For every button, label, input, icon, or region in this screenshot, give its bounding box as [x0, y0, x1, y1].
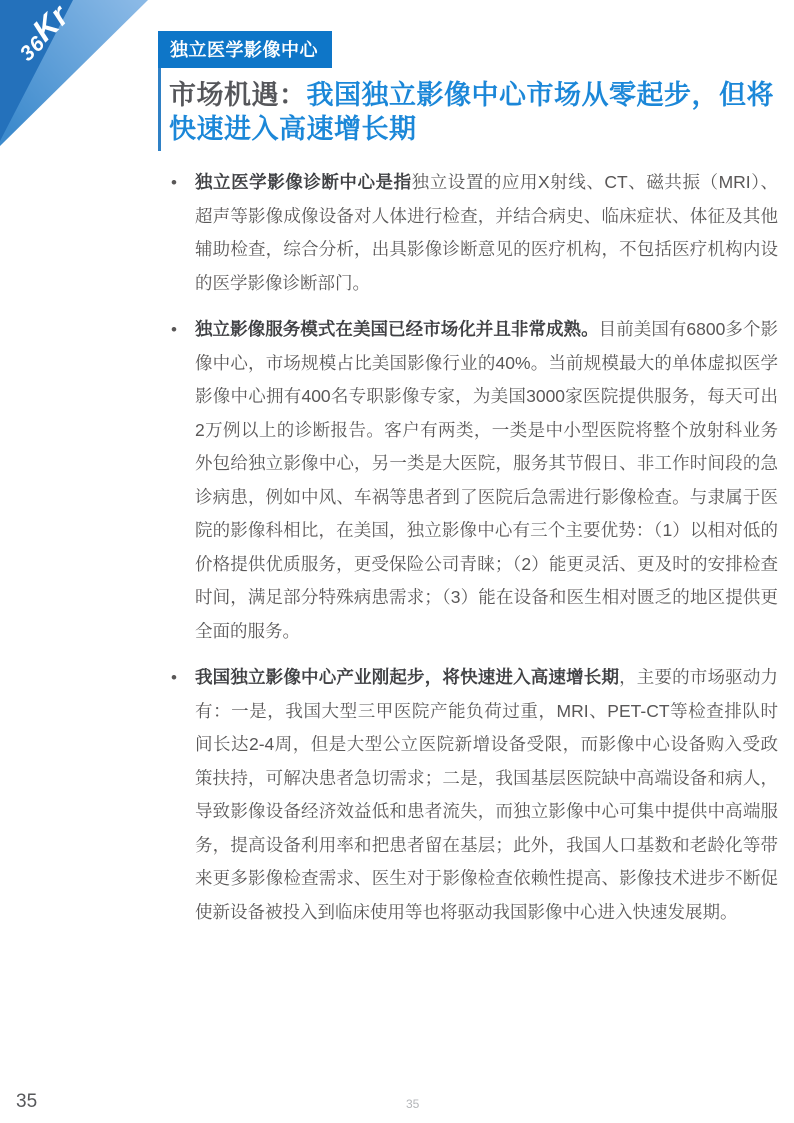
bullet-item-us-market: 独立影像服务模式在美国已经市场化并且非常成熟。目前美国有6800多个影像中心，市…	[158, 313, 778, 648]
bullet-bold-lead: 独立医学影像诊断中心是指	[195, 172, 412, 192]
bullet-item-definition: 独立医学影像诊断中心是指独立设置的应用X射线、CT、磁共振（MRI）、超声等影像…	[158, 166, 778, 300]
bullet-list: 独立医学影像诊断中心是指独立设置的应用X射线、CT、磁共振（MRI）、超声等影像…	[158, 166, 778, 929]
page-title-prefix: 市场机遇：	[169, 80, 307, 110]
page-title: 市场机遇：我国独立影像中心市场从零起步，但将快速进入高速增长期	[158, 68, 778, 151]
bullet-bold-lead: 我国独立影像中心产业刚起步，将快速进入高速增长期	[195, 667, 619, 687]
bullet-body-text: ，主要的市场驱动力有：一是，我国大型三甲医院产能负荷过重，MRI、PET-CT等…	[195, 667, 778, 922]
main-content: 独立医学影像中心 市场机遇：我国独立影像中心市场从零起步，但将快速进入高速增长期…	[158, 31, 778, 942]
section-badge: 独立医学影像中心	[158, 31, 332, 68]
page-number-center: 35	[406, 1097, 419, 1111]
page-number-left: 35	[16, 1091, 37, 1113]
bullet-body-text: 目前美国有6800多个影像中心，市场规模占比美国影像行业的40%。当前规模最大的…	[195, 319, 778, 641]
bullet-bold-lead: 独立影像服务模式在美国已经市场化并且非常成熟。	[195, 319, 599, 339]
bullet-item-china-market: 我国独立影像中心产业刚起步，将快速进入高速增长期，主要的市场驱动力有：一是，我国…	[158, 661, 778, 929]
report-page: 36Kr 独立医学影像中心 市场机遇：我国独立影像中心市场从零起步，但将快速进入…	[0, 0, 794, 1123]
